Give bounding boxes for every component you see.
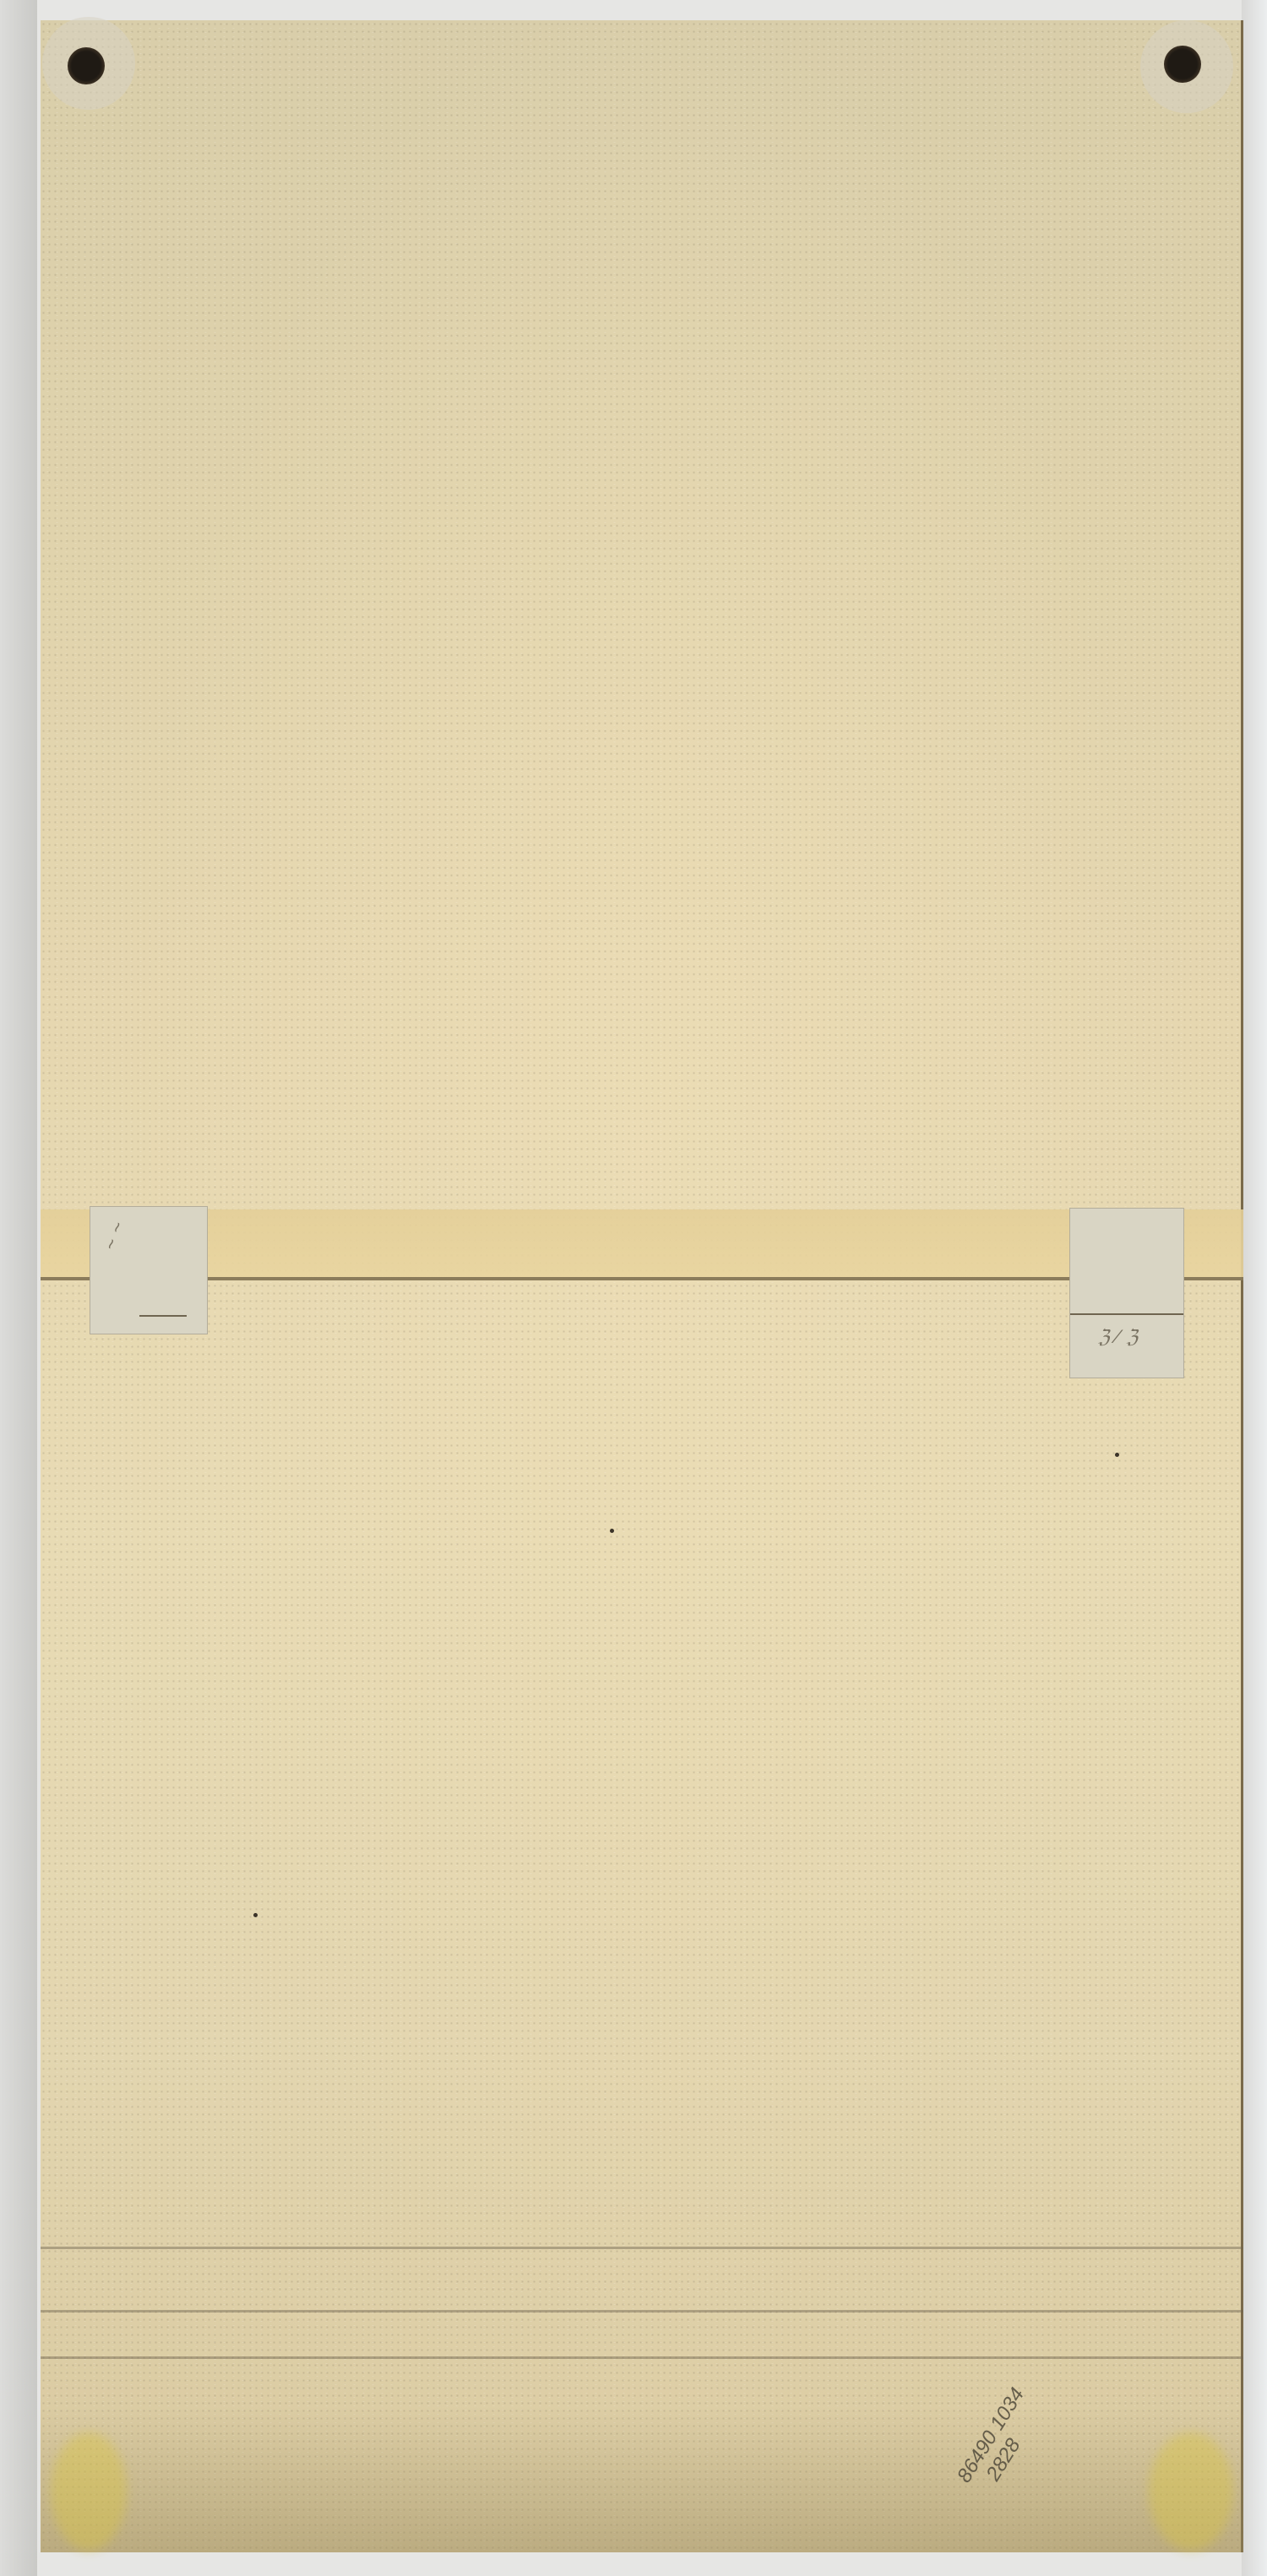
- paper-sheet: [41, 20, 1243, 2552]
- speck: [1115, 1453, 1119, 1457]
- bottom-fold-line: [41, 2247, 1243, 2249]
- speck: [610, 1529, 614, 1533]
- tab-rule: [1070, 1313, 1183, 1315]
- backdrop-left: [0, 0, 37, 2576]
- yellow-stain: [51, 2432, 127, 2551]
- backdrop-right: [1242, 0, 1267, 2576]
- yellow-stain: [1149, 2432, 1233, 2551]
- tape-band: [41, 1209, 1243, 1280]
- right-label-tab: [1069, 1208, 1184, 1378]
- bottom-fold-line: [41, 2356, 1243, 2359]
- tab-rule: [139, 1315, 187, 1317]
- hanging-hole-left-icon: [68, 47, 105, 84]
- speck: [253, 1913, 258, 1917]
- water-stain: [41, 2407, 1243, 2552]
- fold-line: [41, 1277, 1243, 1280]
- bottom-fold-line: [41, 2310, 1243, 2312]
- hanging-hole-right-icon: [1164, 46, 1201, 83]
- right-tab-handwriting: ℨ ⁄ ℨ: [1098, 1326, 1139, 1348]
